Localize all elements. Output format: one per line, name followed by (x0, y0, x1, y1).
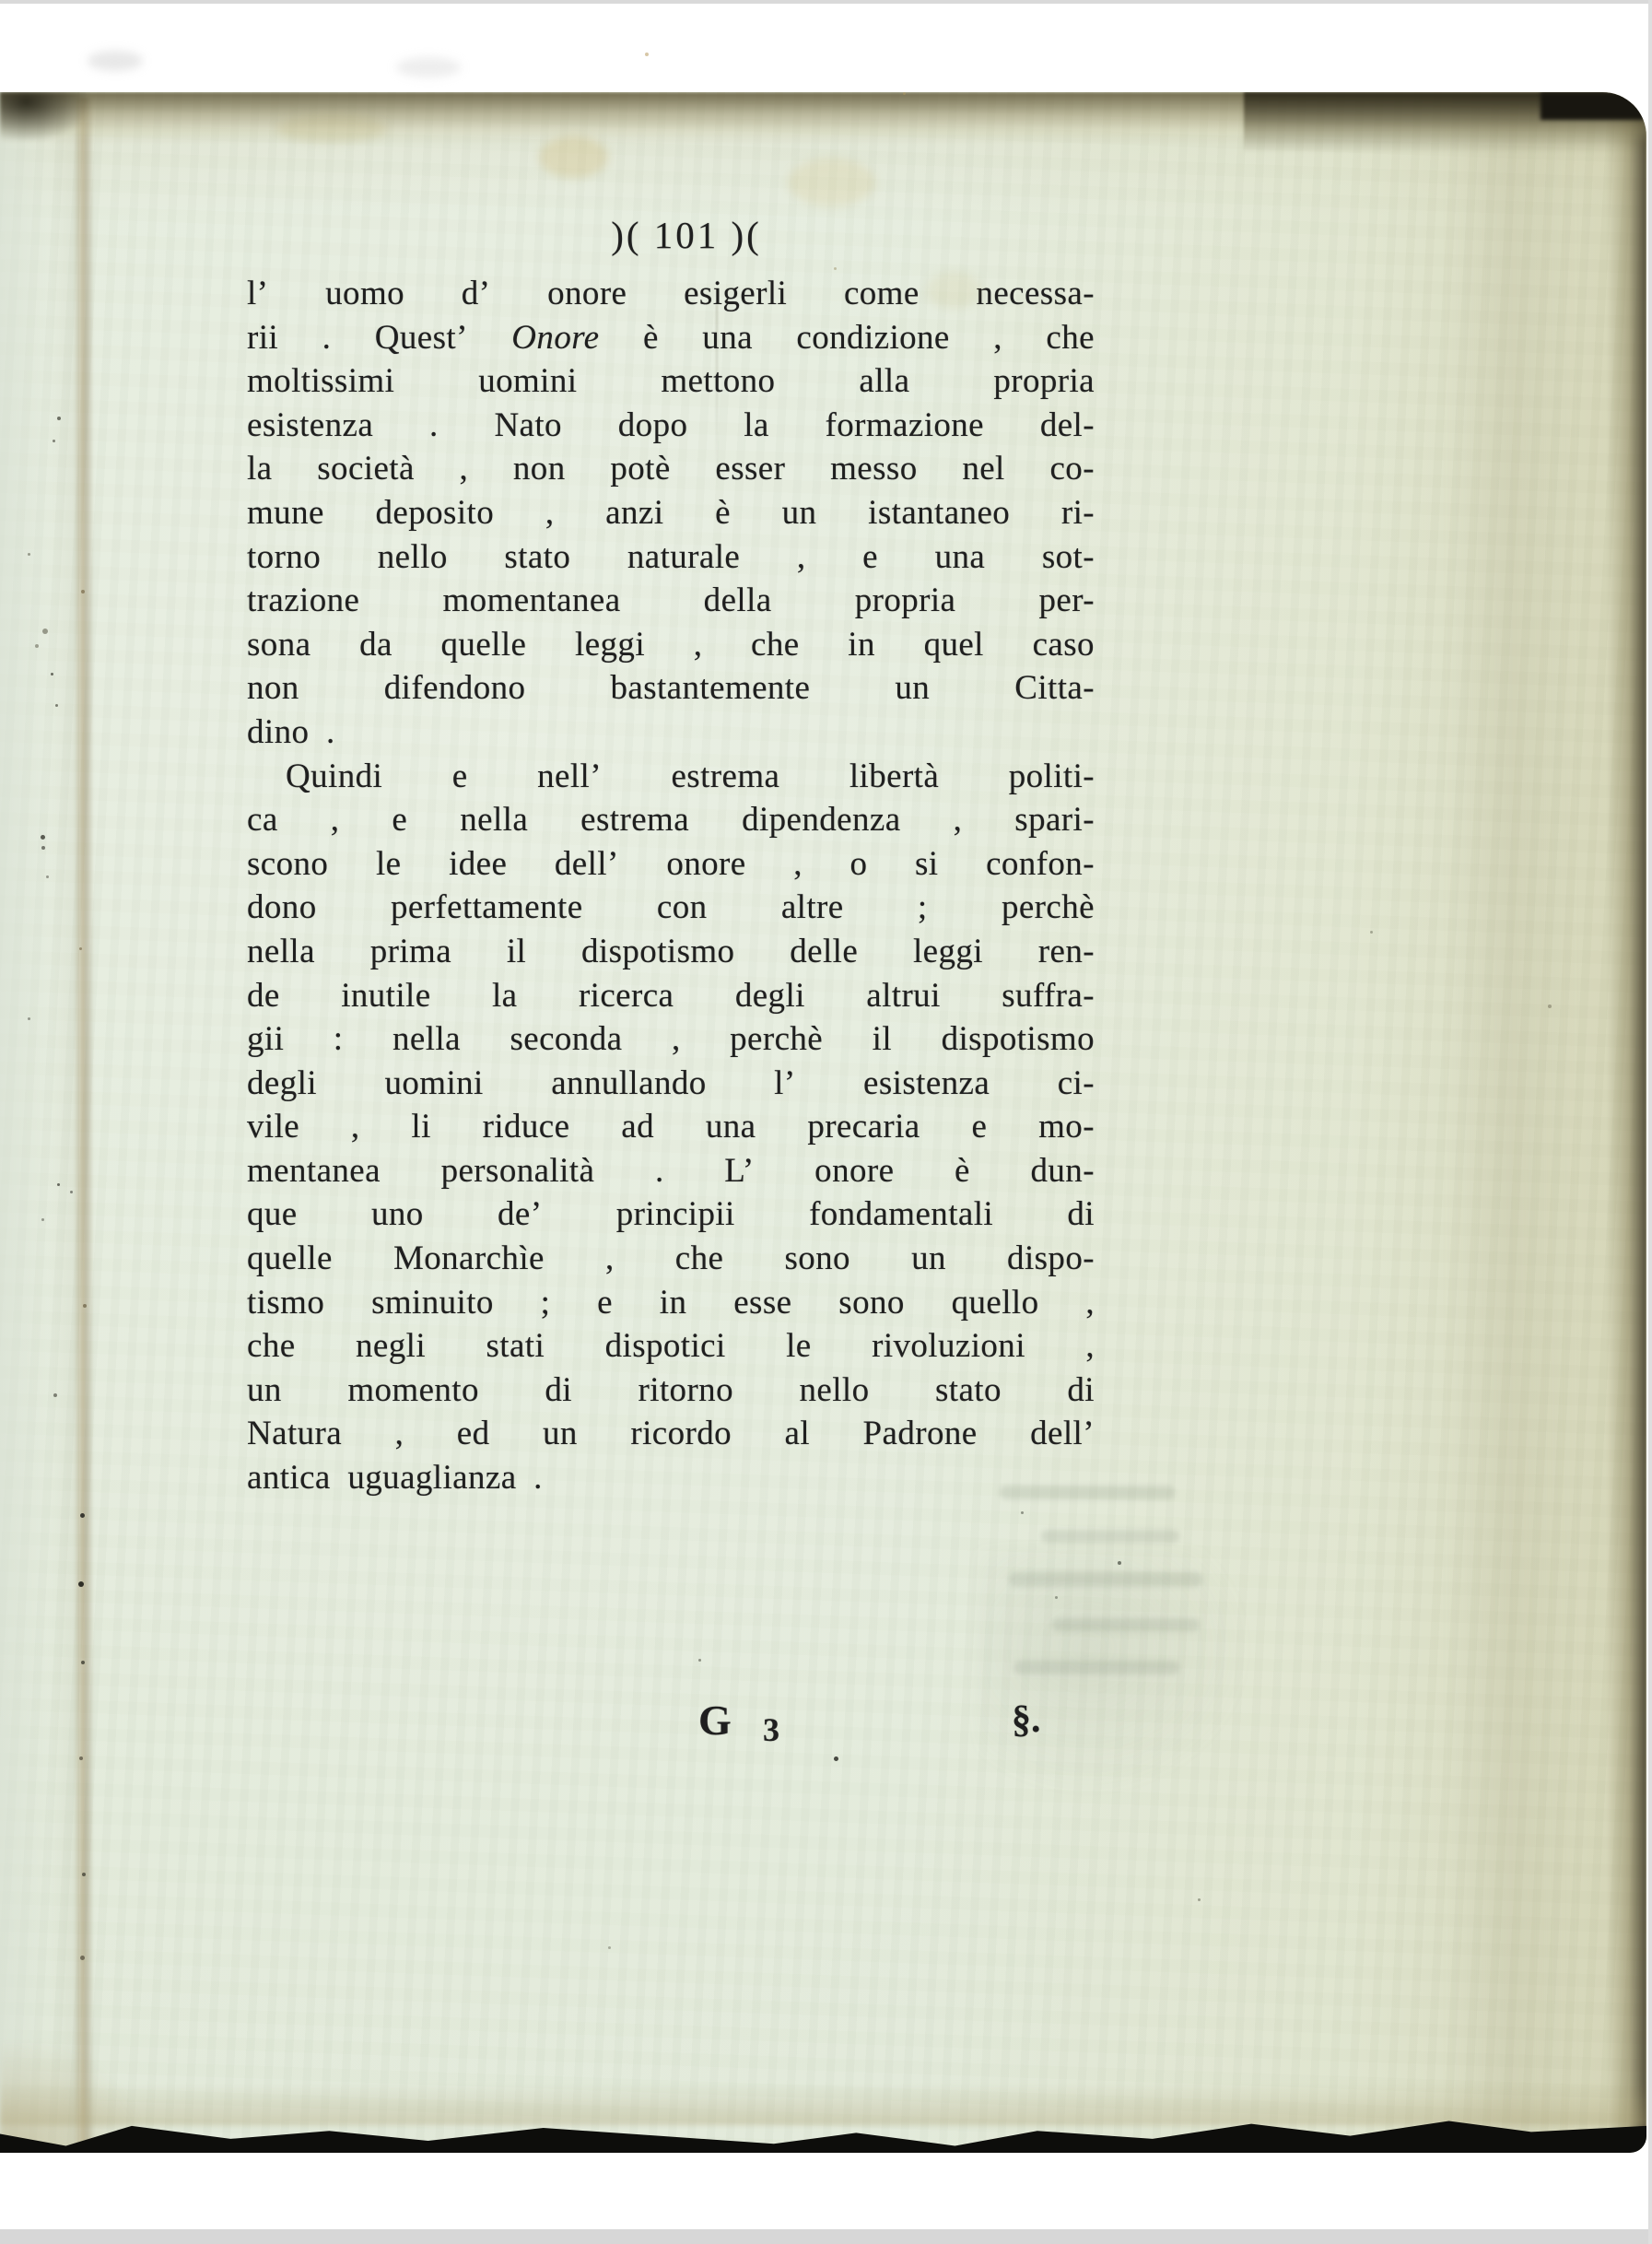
signature-number: 3 (763, 1710, 779, 1749)
ink-speck (80, 1513, 85, 1518)
text-line: sconoleideedell’onore,osiconfon- (247, 844, 1095, 888)
text-line: tismosminuito;einessesonoquello, (247, 1283, 1095, 1327)
ink-speck (1055, 1596, 1058, 1599)
ink-speck (834, 1756, 838, 1761)
ink-speck (1021, 1511, 1024, 1514)
show-through-smudge (1052, 1618, 1200, 1631)
text-line: ca,enellaestremadipendenza,spari- (247, 800, 1095, 844)
catchword: §. (1012, 1698, 1041, 1742)
text-line: munedeposito,anzièunistantaneori- (247, 493, 1095, 537)
ink-speck (55, 704, 58, 707)
text-line: rii.Quest’Onoreèunacondizione,che (247, 318, 1095, 362)
text-line: deinutilelaricercadeglialtruisuffra- (247, 976, 1095, 1020)
text-line: mentaneapersonalità.L’onoreèdun- (247, 1151, 1095, 1195)
paper-stain (788, 159, 875, 206)
ink-speck (79, 1756, 83, 1760)
text-line: tornonellostatonaturale,eunasot- (247, 537, 1095, 582)
ink-speck (35, 644, 39, 648)
ink-speck (41, 835, 45, 840)
printed-text-layer: )( 101 )( l’uomod’onoreesigerlicomeneces… (0, 0, 1652, 2244)
ink-speck (698, 1659, 701, 1662)
paper-stain (396, 57, 461, 77)
ink-speck (42, 629, 48, 634)
ink-speck (81, 590, 85, 593)
show-through-smudge (1013, 1661, 1179, 1674)
text-line: sonadaquelleleggi,cheinquelcaso (247, 625, 1095, 669)
text-line: donoperfettamenteconaltre;perchè (247, 887, 1095, 932)
ink-speck (81, 1661, 85, 1664)
scanned-book-page: )( 101 )( l’uomod’onoreesigerlicomeneces… (0, 0, 1652, 2244)
ink-speck (1198, 1898, 1201, 1901)
ink-speck (28, 1017, 30, 1020)
signature-mark: G (698, 1696, 732, 1745)
paper-stain (539, 136, 608, 178)
ink-speck (83, 1304, 87, 1308)
text-line: Quindienell’estremalibertàpoliti- (247, 757, 1095, 801)
text-line: cheneglistatidispoticilerivoluzioni, (247, 1326, 1095, 1370)
show-through-smudge (1000, 1486, 1175, 1499)
page-number-header: )( 101 )( (502, 213, 871, 266)
ink-speck (46, 875, 49, 878)
ink-speck (70, 1191, 73, 1193)
ink-speck (41, 846, 45, 850)
ink-speck (28, 553, 30, 556)
ink-speck (57, 1183, 60, 1186)
ink-speck (53, 1393, 57, 1397)
paper-stain (88, 51, 143, 71)
text-line: lasocietà,nonpotèessermessonelco- (247, 449, 1095, 493)
paper-stain (276, 115, 387, 143)
ink-speck (1548, 1005, 1552, 1008)
text-line: degliuominiannullandol’esistenzaci- (247, 1063, 1095, 1108)
text-line: esistenza.Natodopolaformazionedel- (247, 405, 1095, 450)
paper-stain (926, 272, 981, 309)
ink-speck (1370, 931, 1373, 934)
text-line: quelleMonarchìe,chesonoundispo- (247, 1239, 1095, 1283)
ink-speck (51, 673, 53, 676)
ink-speck (57, 417, 61, 420)
text-line: nellaprimaildispotismodelleleggiren- (247, 932, 1095, 976)
text-line: moltissimiuominimettonoallapropria (247, 361, 1095, 405)
ink-speck (41, 1218, 44, 1221)
text-line: gii:nellaseconda,perchèildispotismo (247, 1019, 1095, 1063)
ink-speck (1118, 1561, 1121, 1565)
ink-speck (80, 1956, 85, 1960)
text-line: nondifendonobastantementeunCitta- (247, 668, 1095, 712)
ink-speck (78, 1581, 84, 1587)
ink-speck (834, 267, 837, 270)
ink-speck (79, 947, 82, 950)
text-line: trazionemomentaneadellapropriaper- (247, 581, 1095, 625)
text-block: l’uomod’onoreesigerlicomenecessa-rii.Que… (247, 274, 1095, 1502)
ink-speck (645, 53, 649, 56)
text-line: Natura,edunricordoalPadronedell’ (247, 1414, 1095, 1458)
ink-speck (903, 92, 906, 95)
ink-speck (82, 1873, 86, 1876)
ink-speck (53, 440, 55, 442)
ink-speck (608, 1946, 611, 1949)
text-line: vile,liriduceadunaprecariaemo- (247, 1107, 1095, 1151)
text-line: dino . (247, 712, 1095, 757)
text-line: queunode’principiifondamentalidi (247, 1194, 1095, 1239)
text-line: antica uguaglianza . (247, 1458, 1095, 1502)
text-line: unmomentodiritornonellostatodi (247, 1370, 1095, 1415)
show-through-smudge (1041, 1530, 1179, 1543)
show-through-smudge (1009, 1572, 1202, 1587)
